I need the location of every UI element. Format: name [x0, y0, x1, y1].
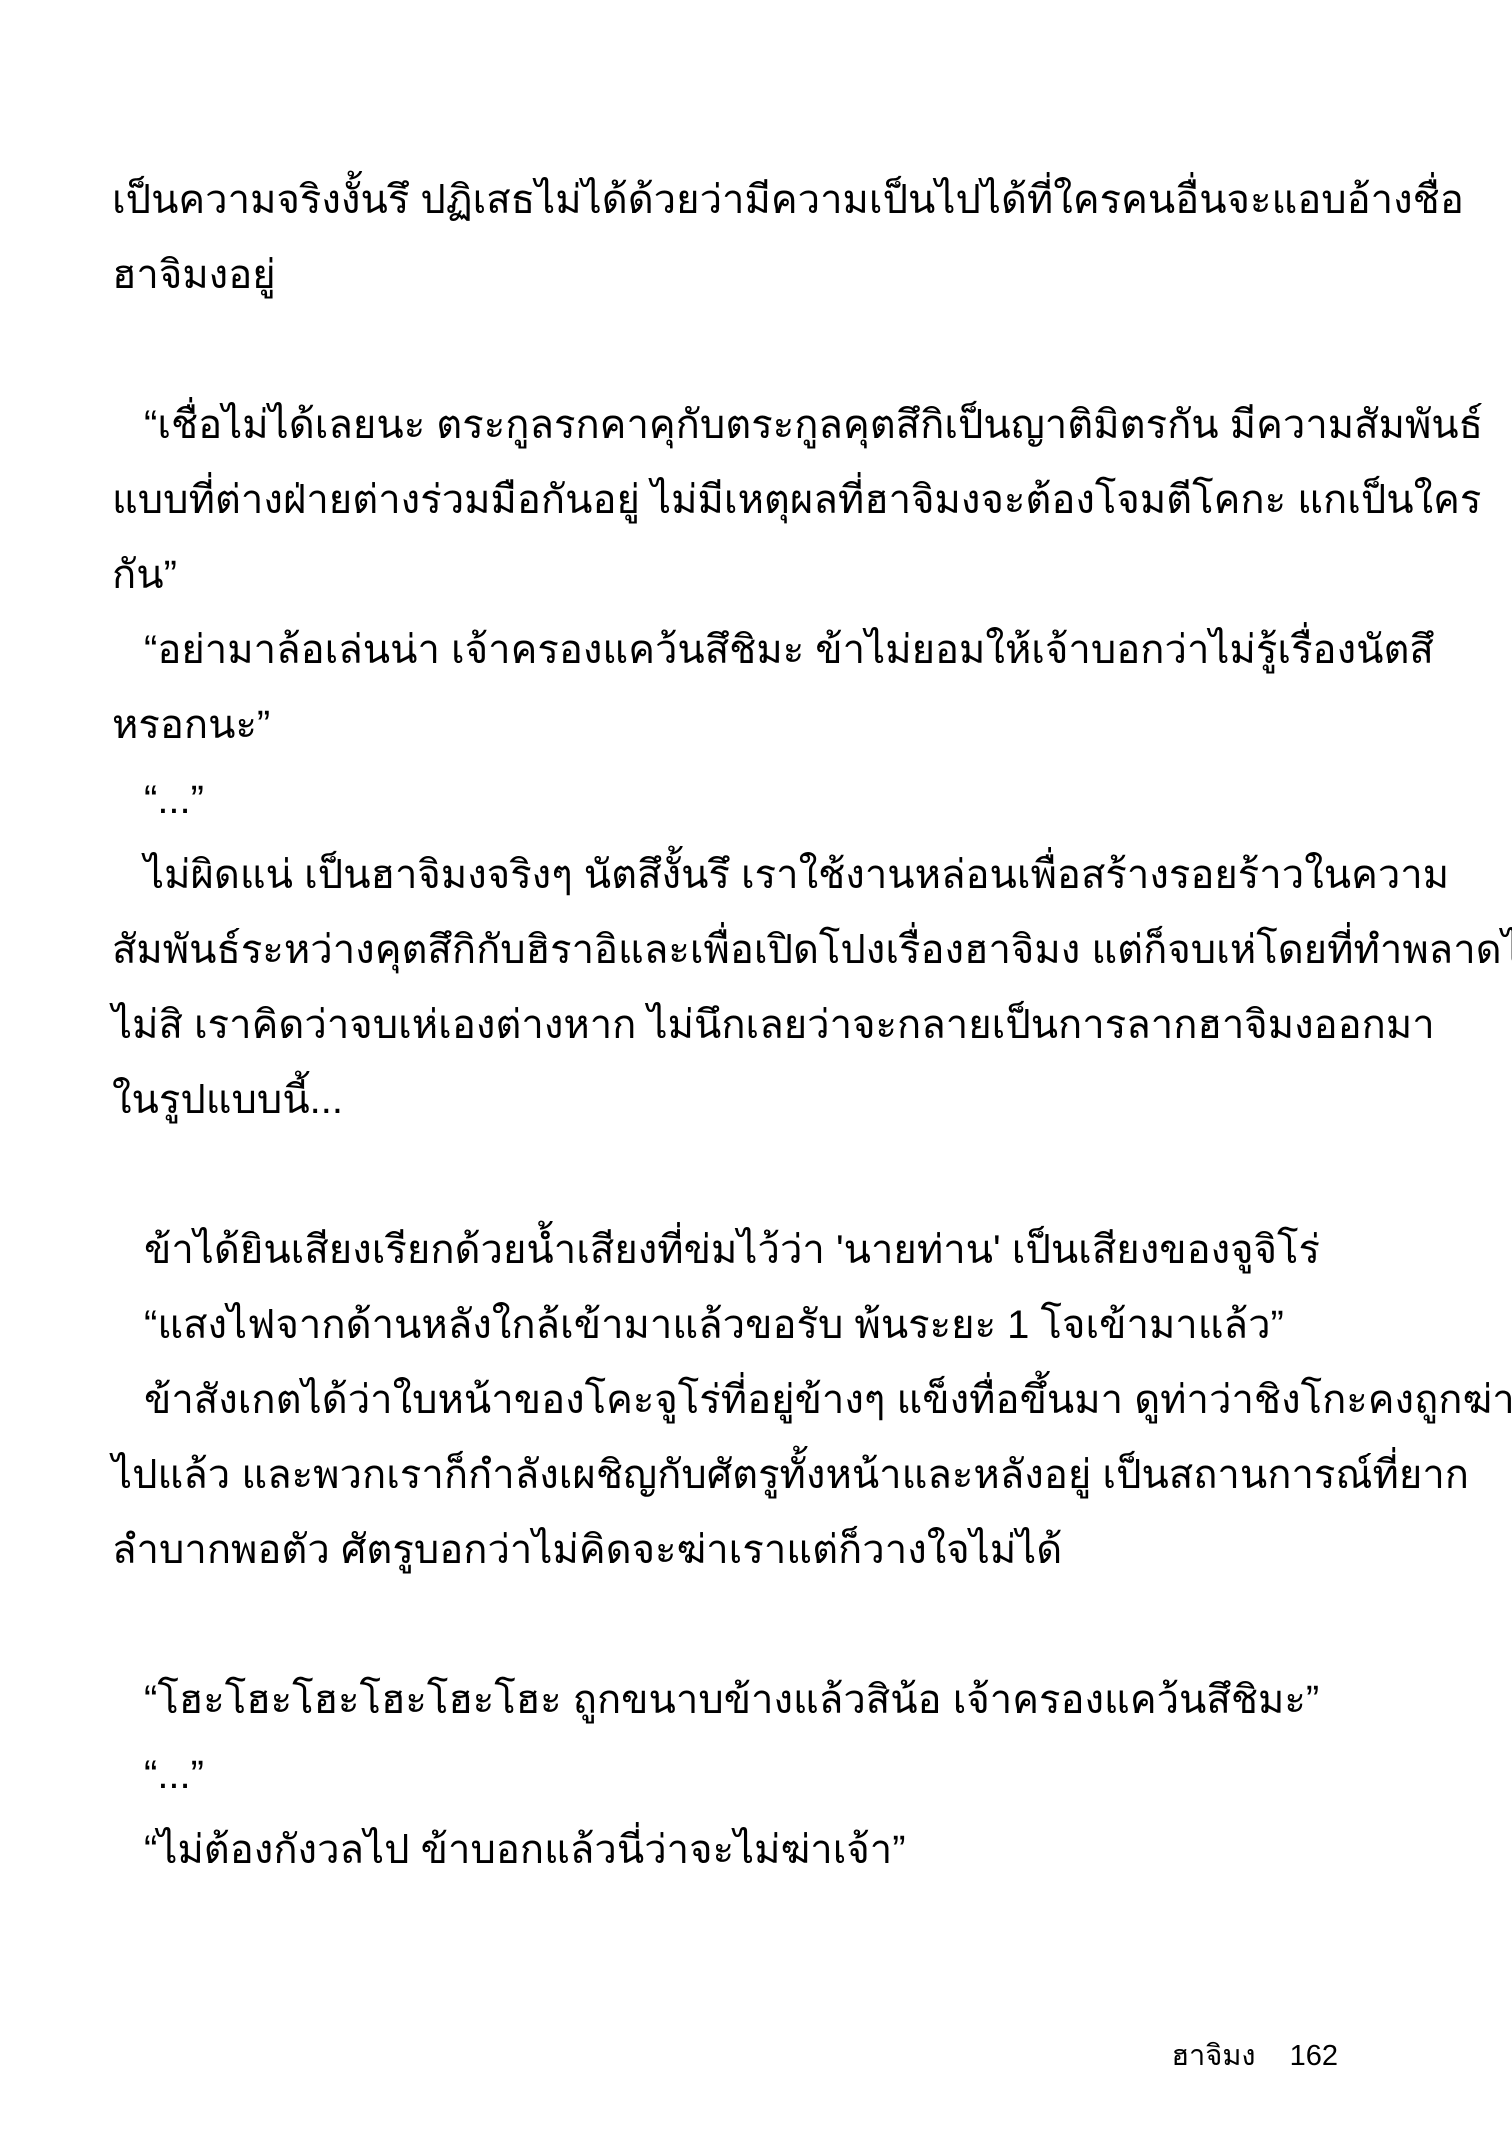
document-page: เป็นความจริงงั้นรึ ปฏิเสธไม่ได้ด้วยว่ามี…: [0, 0, 1512, 2150]
text-line: “อย่ามาล้อเล่นน่า เจ้าครองแคว้นสึชิมะ ข้…: [112, 613, 1404, 688]
paragraph: ข้าสังเกตได้ว่าใบหน้าของโคะจูโร่ที่อยู่ข…: [112, 1363, 1404, 1588]
text-line: กัน”: [112, 538, 1404, 613]
paragraph: “...”: [112, 763, 1404, 838]
paragraph: “...”: [112, 1738, 1404, 1813]
paragraph: “อย่ามาล้อเล่นน่า เจ้าครองแคว้นสึชิมะ ข้…: [112, 613, 1404, 763]
text-line: “โฮะโฮะโฮะโฮะโฮะโฮะ ถูกขนาบข้างแล้วสิน้อ…: [112, 1663, 1404, 1738]
text-line: ไปแล้ว และพวกเราก็กำลังเผชิญกับศัตรูทั้ง…: [112, 1438, 1404, 1513]
footer-book-title: ฮาจิมง: [1171, 2036, 1255, 2076]
paragraph: ไม่ผิดแน่ เป็นฮาจิมงจริงๆ นัตสึงั้นรึ เร…: [112, 838, 1404, 1138]
text-line: หรอกนะ”: [112, 688, 1404, 763]
paragraph: เป็นความจริงงั้นรึ ปฏิเสธไม่ได้ด้วยว่ามี…: [112, 163, 1404, 313]
text-line: “ไม่ต้องกังวลไป ข้าบอกแล้วนี่ว่าจะไม่ฆ่า…: [112, 1813, 1404, 1888]
footer-page-number: 162: [1290, 2036, 1338, 2076]
text-line: ข้าได้ยินเสียงเรียกด้วยน้ำเสียงที่ข่มไว้…: [112, 1213, 1404, 1288]
text-line: ฮาจิมงอยู่: [112, 238, 1404, 313]
paragraph: “เชื่อไม่ได้เลยนะ ตระกูลรกคาคุกับตระกูลค…: [112, 388, 1404, 613]
document-body: เป็นความจริงงั้นรึ ปฏิเสธไม่ได้ด้วยว่ามี…: [112, 163, 1404, 1888]
paragraph: “แสงไฟจากด้านหลังใกล้เข้ามาแล้วขอรับ พ้น…: [112, 1288, 1404, 1363]
text-line: ไม่ผิดแน่ เป็นฮาจิมงจริงๆ นัตสึงั้นรึ เร…: [112, 838, 1404, 913]
text-line: “แสงไฟจากด้านหลังใกล้เข้ามาแล้วขอรับ พ้น…: [112, 1288, 1404, 1363]
paragraph: “โฮะโฮะโฮะโฮะโฮะโฮะ ถูกขนาบข้างแล้วสิน้อ…: [112, 1663, 1404, 1738]
text-line: “เชื่อไม่ได้เลยนะ ตระกูลรกคาคุกับตระกูลค…: [112, 388, 1404, 463]
paragraph: “ไม่ต้องกังวลไป ข้าบอกแล้วนี่ว่าจะไม่ฆ่า…: [112, 1813, 1404, 1888]
text-line: ไม่สิ เราคิดว่าจบเห่เองต่างหาก ไม่นึกเลย…: [112, 988, 1404, 1063]
text-line: ข้าสังเกตได้ว่าใบหน้าของโคะจูโร่ที่อยู่ข…: [112, 1363, 1404, 1438]
page-footer: ฮาจิมง 162: [1171, 2036, 1338, 2076]
text-line: สัมพันธ์ระหว่างคุตสึกิกับฮิราอิและเพื่อเ…: [112, 913, 1404, 988]
text-line: เป็นความจริงงั้นรึ ปฏิเสธไม่ได้ด้วยว่ามี…: [112, 163, 1404, 238]
text-line: ลำบากพอตัว ศัตรูบอกว่าไม่คิดจะฆ่าเราแต่ก…: [112, 1513, 1404, 1588]
text-line: ในรูปแบบนี้...: [112, 1063, 1404, 1138]
text-line: “...”: [112, 763, 1404, 838]
paragraph: ข้าได้ยินเสียงเรียกด้วยน้ำเสียงที่ข่มไว้…: [112, 1213, 1404, 1288]
text-line: “...”: [112, 1738, 1404, 1813]
text-line: แบบที่ต่างฝ่ายต่างร่วมมือกันอยู่ ไม่มีเห…: [112, 463, 1404, 538]
